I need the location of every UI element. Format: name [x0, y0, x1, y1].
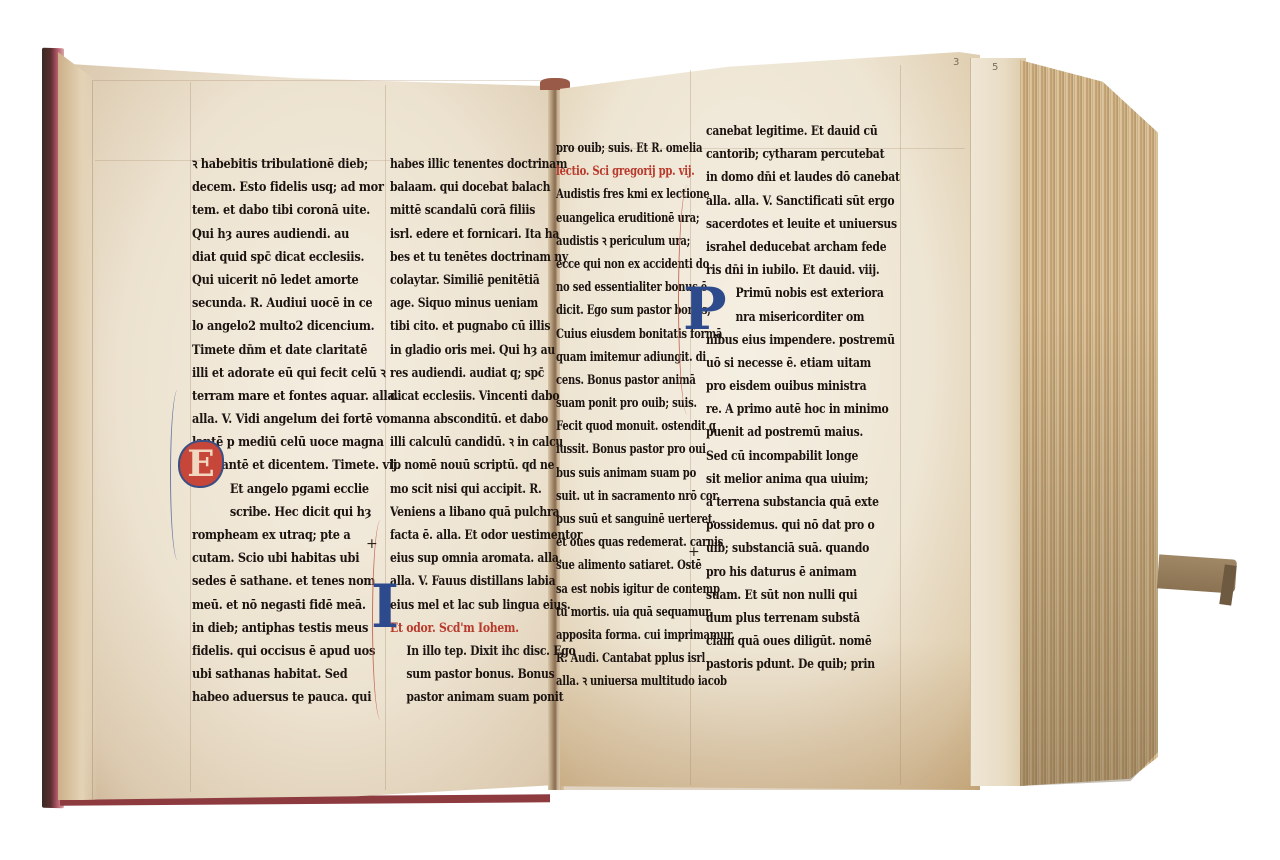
text-line: Et angelo pgami ecclie [192, 478, 400, 501]
folio-number: 5 [992, 62, 998, 73]
text-line: israhel deducebat archam fede [706, 236, 900, 259]
text-line: mo scit nisi qui accipit. R. [390, 478, 582, 501]
left-page-column-1: ꝛ habebitis tribulationē dieb; decem. Es… [192, 153, 400, 710]
text-line: secunda. R. Audiui uocē in ce [192, 292, 400, 315]
right-page-column-2: canebat legitime. Et dauid cū cantorib; … [706, 120, 900, 677]
text-line: ꝛ habebitis tribulationē dieb; [192, 153, 400, 176]
text-line: sacerdotes et leuite et uniuersus [706, 213, 900, 236]
text-line: alla. V. Fauus distillans labia [390, 570, 582, 593]
text-line: Qui hȝ aures audiendi. au [192, 223, 400, 246]
text-line: eius mel et lac sub lingua eius. [390, 594, 582, 617]
text-line: age. Siquo minus ueniam [390, 292, 582, 315]
pen-flourish [170, 390, 185, 560]
text-line: res audiendi. audiat q; spc̄ [390, 362, 582, 385]
ruling-line [190, 82, 191, 792]
text-line: diat quid spc̄ dicat ecclesiis. [192, 246, 400, 269]
text-line: habeo aduersus te pauca. qui [192, 686, 400, 709]
ruling-line [900, 65, 901, 785]
manuscript-photo: 3 5 ꝛ habebitis tribulationē dieb; decem… [0, 0, 1280, 860]
text-line: meū. et nō negasti fidē meā. [192, 594, 400, 617]
text-line: habes illic tenentes doctrinam [390, 153, 582, 176]
text-line: tibi cito. et pugnabo cū illis [390, 315, 582, 338]
text-line: tem. et dabo tibi coronā uite. [192, 199, 400, 222]
text-line: uō si necesse ē. etiam uitam [706, 352, 900, 375]
text-line: sit melior anima qua uiuim; [706, 468, 900, 491]
text-line: pastoris pdunt. De quib; prin [706, 653, 900, 676]
next-leaf-edge [970, 58, 1026, 786]
text-line: bes et tu tenētes doctrinam ny [390, 246, 582, 269]
text-line: eius sup omnia aromata. alla. [390, 547, 582, 570]
text-line: manna absconditū. et dabo [390, 408, 582, 431]
text-line: sedes ē sathane. et tenes nom [192, 570, 400, 593]
text-line: mittē scandalū corā filiis [390, 199, 582, 222]
text-line: nra misericorditer om [706, 306, 900, 329]
text-line: suam. Et sūt non nulli qui [706, 584, 900, 607]
text-line: re. A primo autē hoc in minimo [706, 398, 900, 421]
text-line: Qui uicerit nō ledet amorte [192, 269, 400, 292]
text-line: Timete dn̄m et date claritatē [192, 339, 400, 362]
folio-number: 3 [953, 57, 959, 68]
text-line: a terrena substancia quā exte [706, 491, 900, 514]
marginal-cross: + [688, 544, 700, 560]
page-block-shadow [1020, 300, 1158, 786]
text-line: facta ē. alla. Et odor uestimentor [390, 524, 582, 547]
text-line: alla. V. Vidi angelum dei fortē vo [192, 408, 400, 431]
text-line: in dieb; antiphas testis meus [192, 617, 400, 640]
text-line: in domo dn̄i et laudes dō canebat [706, 166, 900, 189]
text-line: pro his daturus ē animam [706, 561, 900, 584]
text-line: pastor animam suam ponit [390, 686, 582, 709]
text-line: ubi sathanas habitat. Sed [192, 663, 400, 686]
text-line: alla. alla. V. Sanctificati sūt ergo [706, 190, 900, 213]
pen-flourish [678, 185, 697, 415]
text-line: illi et adorate eū qui fecit celū ꝛ [192, 362, 400, 385]
text-line: scribe. Hec dicit qui hȝ [192, 501, 400, 524]
text-line: ciam quā oues diligūt. nomē [706, 630, 900, 653]
text-line: nibus eius impendere. postremū [706, 329, 900, 352]
text-line: Veniens a libano quā pulchra [390, 501, 582, 524]
text-line: lo angelo2 multo2 dicencium. [192, 315, 400, 338]
text-line: ris dn̄i in iubilo. Et dauid. viij. [706, 259, 900, 282]
text-line: Primū nobis est exteriora [706, 282, 900, 305]
text-line: colaytar. Similiē penitētiā [390, 269, 582, 292]
text-line: lo nomē nouū scriptū. qd ne [390, 454, 582, 477]
text-line: cantorib; cytharam percutebat [706, 143, 900, 166]
text-line: puenit ad postremū maius. [706, 421, 900, 444]
text-line: In illo tep. Dixit ihc disc. Ego [390, 640, 582, 663]
text-line: terram mare et fontes aquar. alla. [192, 385, 400, 408]
text-line: dicat ecclesiis. Vincenti dabo [390, 385, 582, 408]
rubric-line: Et odor. Scd'm Iohem. [390, 617, 582, 640]
text-line: illi calculū candidū. ꝛ in calcu [390, 431, 582, 454]
text-line: lantē p mediū celū uoce magna [192, 431, 400, 454]
text-line: pro eisdem ouibus ministra [706, 375, 900, 398]
text-line: in gladio oris mei. Qui hȝ au [390, 339, 582, 362]
text-line: fidelis. qui occisus ē apud uos [192, 640, 400, 663]
text-line: possidemus. qui nō dat pro o [706, 514, 900, 537]
text-line: Sed cū incompabilit longe [706, 445, 900, 468]
text-line: canebat legitime. Et dauid cū [706, 120, 900, 143]
text-line: isrl. edere et fornicari. Ita ha [390, 223, 582, 246]
text-line: sum pastor bonus. Bonus [390, 663, 582, 686]
text-line: balaam. qui docebat balach [390, 176, 582, 199]
text-line: uib; substanciā suā. quando [706, 537, 900, 560]
text-line: dum plus terrenam substā [706, 607, 900, 630]
left-page-column-2: habes illic tenentes doctrinam balaam. q… [390, 153, 582, 710]
marginal-cross: + [366, 536, 378, 552]
text-line: decem. Esto fidelis usq; ad mor [192, 176, 400, 199]
